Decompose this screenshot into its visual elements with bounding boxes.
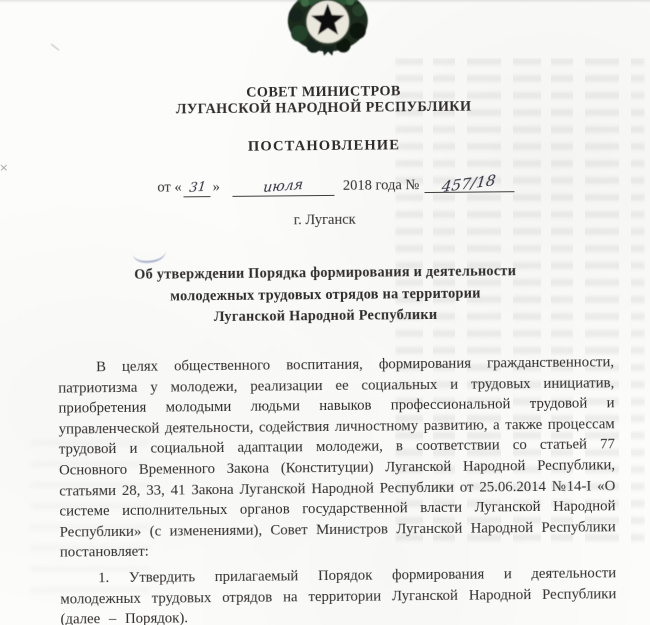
month-blank: июля (232, 178, 334, 197)
day-blank: 31 (184, 179, 211, 197)
pen-stroke-artifact (133, 251, 167, 264)
date-prefix: от « (157, 179, 181, 196)
lnr-emblem-icon (287, 0, 370, 58)
document-content: СОВЕТ МИНИСТРОВ ЛУГАНСКОЙ НАРОДНОЙ РЕСПУ… (0, 0, 650, 625)
scan-speck-artifact (51, 44, 60, 51)
document-type-heading: ПОСТАНОВЛЕНИЕ (0, 135, 649, 158)
number-blank: 457/18 (424, 174, 514, 193)
coat-of-arms-emblem (287, 0, 370, 58)
decree-body: В целях общественного воспитания, формир… (58, 352, 617, 625)
preamble-paragraph: В целях общественного воспитания, формир… (58, 352, 616, 563)
scanned-document-page: СОВЕТ МИНИСТРОВ ЛУГАНСКОЙ НАРОДНОЙ РЕСПУ… (0, 0, 650, 625)
clause-1-paragraph: 1. Утвердить прилагаемый Порядок формиро… (60, 563, 617, 625)
year-and-number-label: 2018 года № (343, 177, 419, 195)
decree-title: Об утверждении Порядка формирования и де… (0, 260, 650, 331)
handwritten-day: 31 (188, 180, 206, 196)
handwritten-number: 457/18 (441, 171, 497, 196)
handwritten-month: июля (262, 177, 303, 196)
city-line: г. Луганск (0, 209, 650, 232)
issuing-authority: СОВЕТ МИНИСТРОВ ЛУГАНСКОЙ НАРОДНОЙ РЕСПУ… (0, 81, 649, 120)
date-and-number-line: от « 31 » июля 2018 года № 457/18 (157, 174, 514, 197)
margin-mark-artifact: × (0, 161, 8, 174)
date-close-quote: » (213, 179, 220, 196)
